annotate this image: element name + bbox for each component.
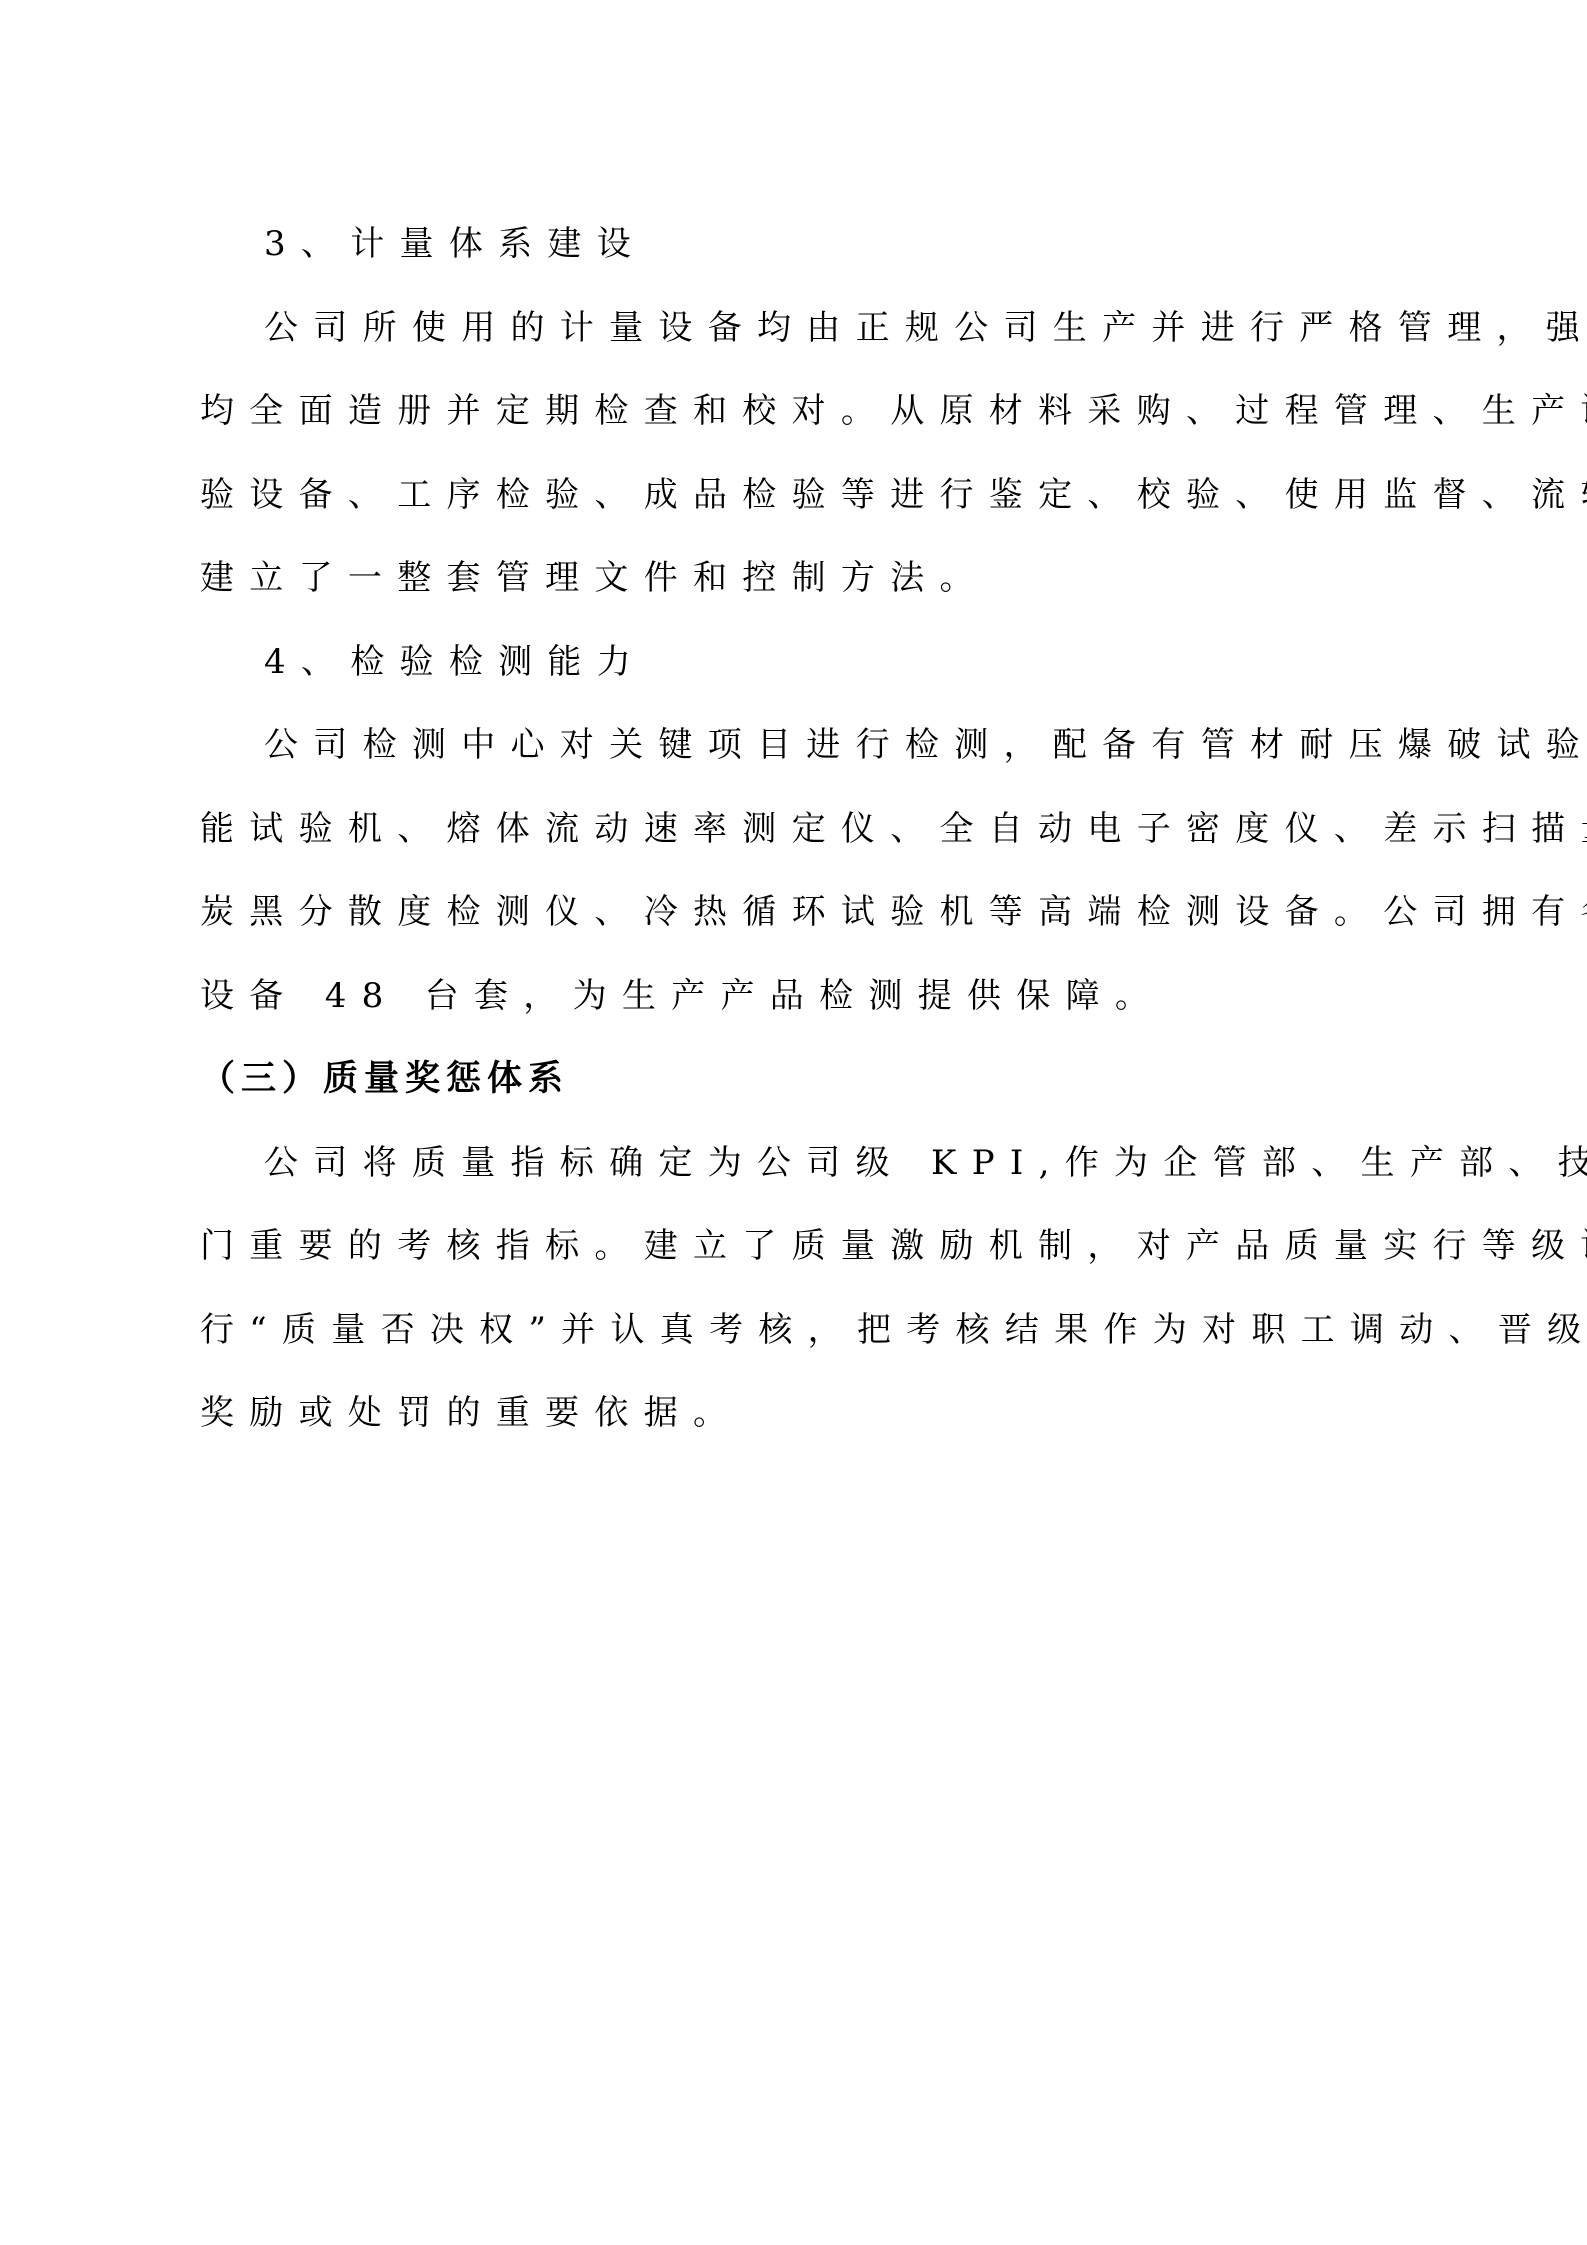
paragraph-testing: 公司检测中心对关键项目进行检测，配备有管材耐压爆破试验机、万 能试验机、熔体流动… [200, 717, 1400, 1051]
paragraph-line: 能试验机、熔体流动速率测定仪、全自动电子密度仪、差示扫描量热仪、 [200, 801, 1400, 885]
document-page: 3、计量体系建设 公司所使用的计量设备均由正规公司生产并进行严格管理，强检器具 … [200, 216, 1400, 1469]
subheading-metrology-system: 3、计量体系建设 [200, 216, 1400, 300]
paragraph-line: 设备 48 台套，为生产产品检测提供保障。 [200, 968, 1400, 1052]
heading-quality-reward-penalty: （三）质量奖惩体系 [200, 1051, 1400, 1135]
subheading-testing-capability: 4、检验检测能力 [200, 634, 1400, 718]
paragraph-line: 奖励或处罚的重要依据。 [200, 1385, 1400, 1469]
paragraph-line: 公司将质量指标确定为公司级 KPI,作为企管部、生产部、技品部等部 [200, 1135, 1400, 1219]
paragraph-line: 验设备、工序检验、成品检验等进行鉴定、校验、使用监督、流转管理， [200, 467, 1400, 551]
paragraph-quality-reward: 公司将质量指标确定为公司级 KPI,作为企管部、生产部、技品部等部 门重要的考核… [200, 1135, 1400, 1469]
paragraph-line: 公司所使用的计量设备均由正规公司生产并进行严格管理，强检器具 [200, 300, 1400, 384]
paragraph-line: 门重要的考核指标。建立了质量激励机制，对产品质量实行等级评定，实 [200, 1218, 1400, 1302]
paragraph-line: 行“质量否决权”并认真考核，把考核结果作为对职工调动、晋级、提升、 [200, 1302, 1400, 1386]
paragraph-metrology: 公司所使用的计量设备均由正规公司生产并进行严格管理，强检器具 均全面造册并定期检… [200, 300, 1400, 634]
paragraph-line: 均全面造册并定期检查和校对。从原材料采购、过程管理、生产设备、检 [200, 383, 1400, 467]
paragraph-line: 公司检测中心对关键项目进行检测，配备有管材耐压爆破试验机、万 [200, 717, 1400, 801]
paragraph-line: 建立了一整套管理文件和控制方法。 [200, 550, 1400, 634]
paragraph-line: 炭黑分散度检测仪、冷热循环试验机等高端检测设备。公司拥有各类检测 [200, 884, 1400, 968]
